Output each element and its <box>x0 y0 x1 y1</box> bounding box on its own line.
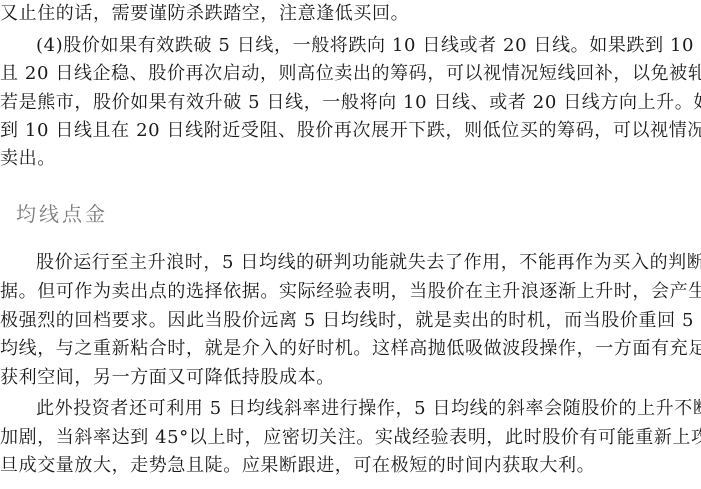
paragraph-line: 旦成交量放大，走势急且陡。应果断跟进，可在极短的时间内获取大利。 <box>0 455 595 477</box>
paragraph-line: 据。但可作为卖出点的选择依据。实际经验表明，当股价在主升浪逐渐上升时，会产生 <box>0 281 701 303</box>
paragraph-line: 卖出。 <box>0 148 56 170</box>
paragraph-line: 且 20 日线企稳、股价再次启动，则高位卖出的筹码，可以视情况短线回补，以免被轧… <box>0 63 701 85</box>
paragraph-line: 此外投资者还可利用 5 日均线斜率进行操作，5 日均线的斜率会随股价的上升不断 <box>36 398 701 420</box>
paragraph-line: (4)股价如果有效跌破 5 日线，一般将跌向 10 日线或者 20 日线。如果跌… <box>36 35 701 57</box>
paragraph-line: 均线，与之重新粘合时，就是介入的好时机。这样高抛低吸做波段操作，一方面有充足的 <box>0 338 701 360</box>
paragraph-line: 股价运行至主升浪时，5 日均线的研判功能就失去了作用，不能再作为买入的判断依 <box>36 252 701 274</box>
paragraph-line: 极强烈的回档要求。因此当股价远离 5 日均线时，就是卖出的时机，而当股价重回 5… <box>0 310 701 332</box>
paragraph-line: 获利空间，另一方面又可降低持股成本。 <box>0 367 335 389</box>
section-heading: 均线点金 <box>16 198 108 227</box>
paragraph-line: 到 10 日线且在 20 日线附近受阻、股价再次展开下跌，则低位买的筹码，可以视… <box>0 120 701 142</box>
paragraph-line: 加剧，当斜率达到 45°以上时，应密切关注。实战经验表明，此时股价有可能重新上攻… <box>0 427 701 449</box>
paragraph-line: 若是熊市，股价如果有效升破 5 日线，一般将向 10 日线、或者 20 日线方向… <box>0 92 701 114</box>
paragraph-line: 又止住的话，需要谨防杀跌踏空，注意逢低买回。 <box>0 3 409 25</box>
